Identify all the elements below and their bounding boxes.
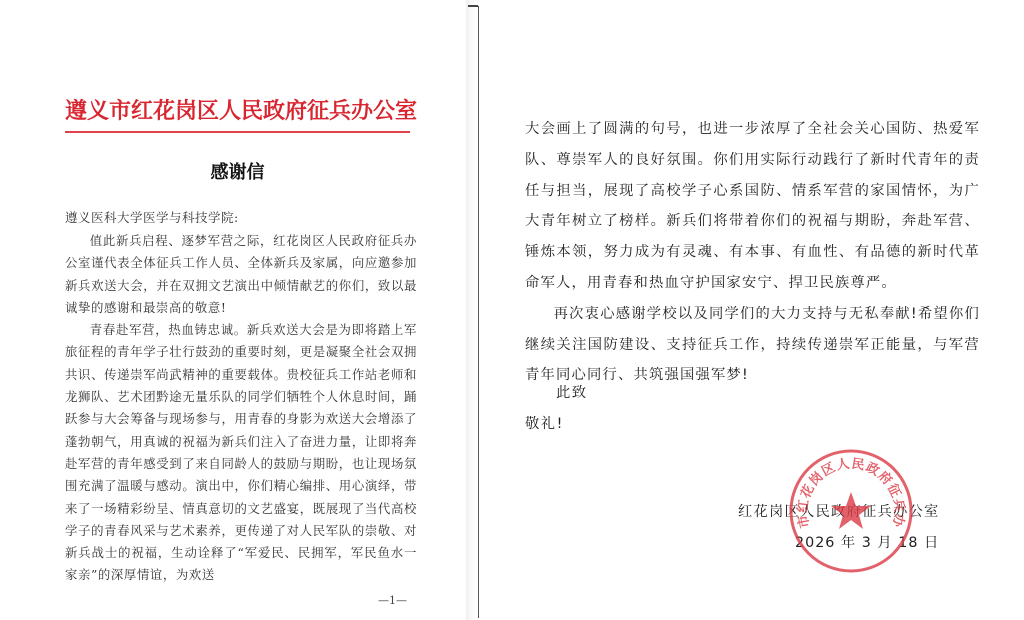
paragraph-continuation: 大会画上了圆满的句号，也进一步浓厚了全社会关心国防、热爱军队、尊崇军人的良好氛围… [525, 114, 980, 299]
closing-regards: 敬礼! [525, 413, 564, 433]
page-edge [478, 6, 479, 618]
closing-salutation: 此致 [556, 382, 588, 402]
salutation: 遵义医科大学医学与科技学院: [65, 208, 239, 226]
letterhead: 遵义市红花岗区人民政府征兵办公室 [65, 94, 410, 125]
page-gutter [466, 0, 478, 620]
letter-body-page-2: 大会画上了圆满的句号，也进一步浓厚了全社会关心国防、热爱军队、尊崇军人的良好氛围… [525, 114, 980, 391]
paragraph: 再次衷心感谢学校以及同学们的大力支持与无私奉献!希望你们继续关注国防建设、支持征… [525, 299, 980, 391]
page-right: 大会画上了圆满的句号，也进一步浓厚了全社会关心国防、热爱军队、尊崇军人的良好氛围… [478, 0, 1024, 620]
page-left: 遵义市红花岗区人民政府征兵办公室 感谢信 遵义医科大学医学与科技学院: 值此新兵… [0, 0, 466, 620]
letterhead-rule [65, 131, 410, 133]
page-number: —1— [378, 594, 407, 607]
letter-body-page-1: 值此新兵启程、逐梦军营之际，红花岗区人民政府征兵办公室谨代表全体征兵工作人员、全… [65, 230, 417, 587]
document-title: 感谢信 [65, 158, 410, 184]
star-icon [831, 492, 871, 529]
official-seal-stamp: 遵义市红花岗区人民政府征兵办公室 [788, 448, 914, 574]
paragraph: 值此新兵启程、逐梦军营之际，红花岗区人民政府征兵办公室谨代表全体征兵工作人员、全… [65, 230, 417, 319]
paragraph: 青春赴军营，热血铸忠诚。新兵欢送大会是为即将踏上军旅征程的青年学子壮行鼓劲的重要… [65, 319, 417, 587]
